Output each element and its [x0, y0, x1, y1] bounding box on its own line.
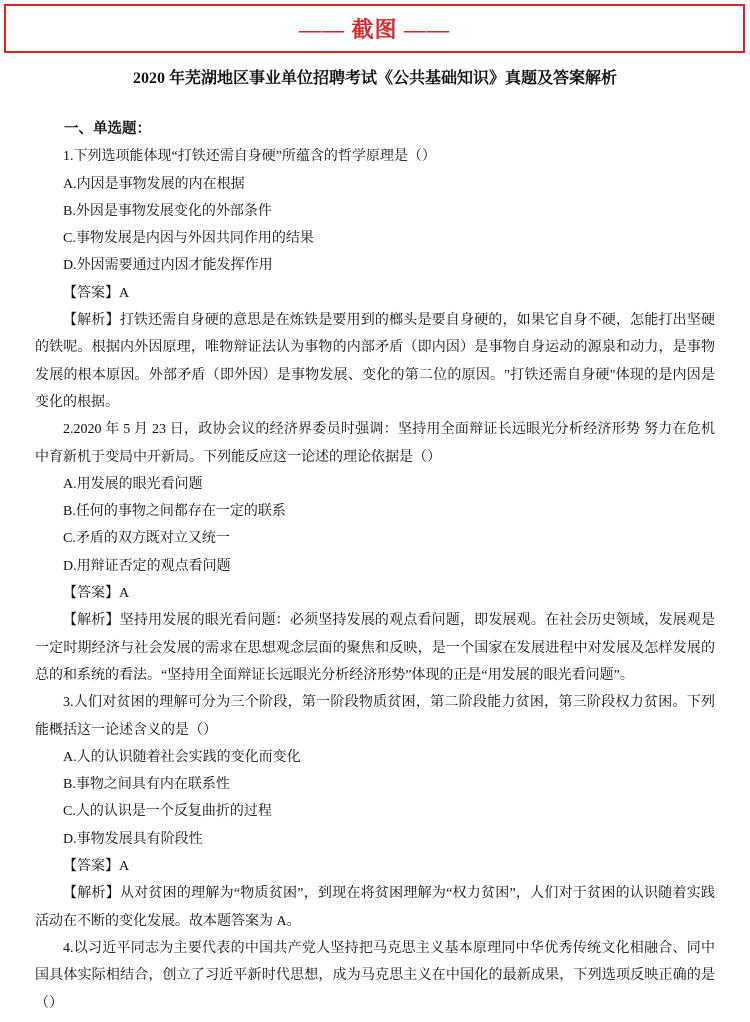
- question-3-stem: 3.人们对贫困的理解可分为三个阶段，第一阶段物质贫困，第二阶段能力贫困，第三阶段…: [35, 689, 715, 744]
- question-2-option-d: D.用辩证否定的观点看问题: [35, 553, 715, 580]
- question-1-option-a: A.内因是事物发展的内在根据: [35, 171, 715, 198]
- question-1-option-c: C.事物发展是内因与外因共同作用的结果: [35, 225, 715, 252]
- question-2-stem: 2.2020 年 5 月 23 日，政协会议的经济界委员时强调：坚持用全面辩证长…: [35, 416, 715, 471]
- question-2-option-a: A.用发展的眼光看问题: [35, 471, 715, 498]
- question-3-option-b: B.事物之间具有内在联系性: [35, 771, 715, 798]
- screenshot-banner-box: —— 截图 ——: [4, 4, 745, 53]
- question-1-analysis: 【解析】打铁还需自身硬的意思是在炼铁是要用到的榔头是要自身硬的，如果它自身不硬，…: [35, 307, 715, 416]
- question-1-stem: 1.下列选项能体现“打铁还需自身硬”所蕴含的哲学原理是（）: [35, 143, 715, 170]
- document-title: 2020 年芜湖地区事业单位招聘考试《公共基础知识》真题及答案解析: [0, 66, 750, 92]
- question-3-analysis: 【解析】从对贫困的理解为“物质贫困”，到现在将贫困理解为“权力贫困”，人们对于贫…: [35, 880, 715, 935]
- section-heading: 一、单选题：: [35, 116, 715, 143]
- document-body: 一、单选题： 1.下列选项能体现“打铁还需自身硬”所蕴含的哲学原理是（） A.内…: [35, 116, 715, 1017]
- question-4-stem: 4.以习近平同志为主要代表的中国共产党人坚持把马克思主义基本原理同中华优秀传统文…: [35, 935, 715, 1017]
- question-2-option-b: B.任何的事物之间都存在一定的联系: [35, 498, 715, 525]
- question-2-option-c: C.矛盾的双方既对立又统一: [35, 525, 715, 552]
- screenshot-banner-label: —— 截图 ——: [299, 13, 450, 44]
- question-3-option-a: A.人的认识随着社会实践的变化而变化: [35, 744, 715, 771]
- question-1-answer: 【答案】A: [35, 280, 715, 307]
- question-3-option-c: C.人的认识是一个反复曲折的过程: [35, 798, 715, 825]
- question-3-answer: 【答案】A: [35, 853, 715, 880]
- question-1-option-b: B.外因是事物发展变化的外部条件: [35, 198, 715, 225]
- question-1-option-d: D.外因需要通过内因才能发挥作用: [35, 252, 715, 279]
- question-3-option-d: D.事物发展具有阶段性: [35, 826, 715, 853]
- question-2-analysis: 【解析】坚持用发展的眼光看问题：必须坚持发展的观点看问题，即发展观。在社会历史领…: [35, 607, 715, 689]
- question-2-answer: 【答案】A: [35, 580, 715, 607]
